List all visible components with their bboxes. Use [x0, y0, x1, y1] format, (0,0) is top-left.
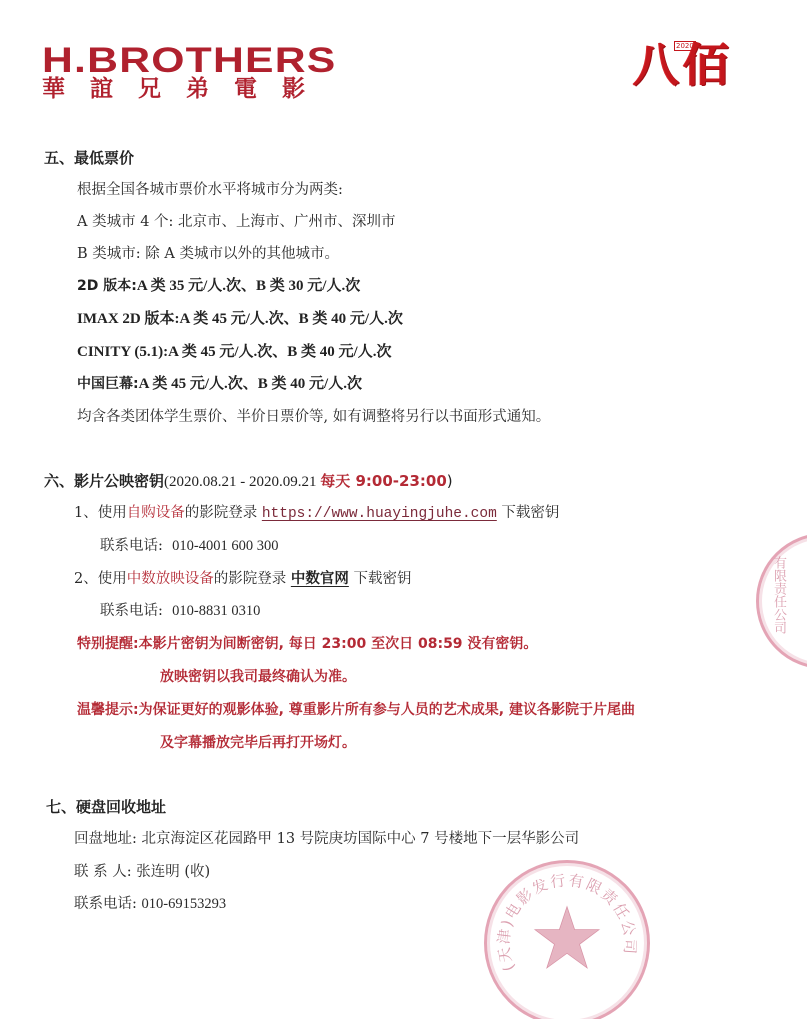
item1-suffix: 下载密钥	[497, 505, 560, 521]
partial-seal: 有限责任公司	[756, 533, 807, 669]
price-detail: A 类 45 元/人.次、B 类 40 元/人.次	[168, 344, 391, 360]
price-label: 中国巨幕:	[77, 376, 139, 392]
svg-text:(天津)电影发行有限责任公司: (天津)电影发行有限责任公司	[495, 871, 640, 974]
key-period: (2020.08.21 - 2020.09.21	[164, 474, 320, 490]
phone-number: 010-8831 0310	[172, 603, 260, 619]
phone-label: 联系电话:	[100, 538, 163, 554]
film-logo: 八佰 2020	[633, 38, 753, 98]
daily-hours: 每天 9:00-23:00	[320, 472, 447, 490]
item1-middle: 的影院登录	[185, 505, 262, 521]
price-label: 2D 版本:	[77, 278, 137, 294]
item2-middle: 的影院登录	[214, 571, 291, 587]
warm-tip-label: 温馨提示:	[77, 702, 139, 718]
phone-number: 010-4001 600 300	[172, 538, 278, 554]
section6-title-line: 六、影片公映密钥(2020.08.21 - 2020.09.21 每天 9:00…	[44, 471, 453, 492]
contact-label: 联 系 人:	[74, 864, 132, 880]
return-address-line: 回盘地址: 北京海淀区花园路甲 13 号院庚坊国际中心 7 号楼地下一层华影公司	[74, 829, 579, 849]
class-b-cities: B 类城市: 除 A 类城市以外的其他城市。	[77, 244, 339, 264]
zhongshu-official-link[interactable]: 中数官网	[291, 571, 349, 587]
section5-note: 均含各类团体学生票价、半价日票价等, 如有调整将另行以书面形式通知。	[77, 407, 550, 427]
phone-label: 联系电话:	[74, 896, 137, 912]
seal-text: (天津)电影发行有限责任公司	[495, 871, 640, 974]
item2-highlight: 中数放映设备	[127, 571, 214, 587]
contact-value: 张连明 (收)	[136, 864, 210, 880]
price-row-cinity: CINITY (5.1):A 类 45 元/人.次、B 类 40 元/人.次	[77, 342, 391, 362]
price-row-2d: 2D 版本:A 类 35 元/人.次、B 类 30 元/人.次	[77, 276, 360, 296]
warm-tip-line1: 温馨提示:为保证更好的观影体验, 尊重影片所有参与人员的艺术成果, 建议各影院于…	[77, 700, 635, 720]
section6-title: 六、影片公映密钥	[44, 472, 164, 490]
class-a-cities: A 类城市 4 个: 北京市、上海市、广州市、深圳市	[77, 212, 396, 232]
address-value: 北京海淀区花园路甲 13 号院庚坊国际中心 7 号楼地下一层华影公司	[142, 831, 580, 847]
price-row-imax-2d: IMAX 2D 版本:A 类 45 元/人.次、B 类 40 元/人.次	[77, 309, 403, 329]
phone-number: 010-69153293	[142, 896, 227, 912]
period-close: )	[447, 472, 453, 490]
section5-title: 五、最低票价	[44, 148, 134, 168]
section5-intro: 根据全国各城市票价水平将城市分为两类:	[77, 180, 343, 200]
price-label: IMAX 2D 版本:	[77, 311, 180, 327]
address-label: 回盘地址:	[74, 831, 137, 847]
huayingjuhe-link[interactable]: https://www.huayingjuhe.com	[262, 506, 497, 522]
film-logo-badge: 2020	[674, 41, 696, 51]
item2-suffix: 下载密钥	[349, 571, 412, 587]
company-seal: (天津)电影发行有限责任公司	[484, 860, 650, 1019]
seal-ring-text: (天津)电影发行有限责任公司	[487, 863, 647, 1019]
price-label: CINITY (5.1):	[77, 344, 168, 360]
price-detail: A 类 45 元/人.次、B 类 40 元/人.次	[139, 376, 362, 392]
item2-prefix: 2、使用	[74, 571, 127, 587]
key-item-2: 2、使用中数放映设备的影院登录 中数官网 下载密钥	[74, 569, 411, 589]
contact-phone-line: 联系电话: 010-69153293	[74, 894, 226, 914]
hbrothers-logo-en: H.BROTHERS	[42, 43, 337, 78]
special-notice-line2: 放映密钥以我司最终确认为准。	[160, 667, 356, 687]
phone-label: 联系电话:	[100, 603, 163, 619]
special-notice-label: 特别提醒:	[77, 636, 139, 652]
warm-tip-line2: 及字幕播放完毕后再打开场灯。	[160, 733, 356, 753]
price-detail: A 类 35 元/人.次、B 类 30 元/人.次	[137, 278, 360, 294]
item1-phone-line: 联系电话: 010-4001 600 300	[100, 536, 278, 556]
warm-tip-text: 为保证更好的观影体验, 尊重影片所有参与人员的艺术成果, 建议各影院于片尾曲	[139, 702, 635, 718]
item2-phone-line: 联系电话: 010-8831 0310	[100, 601, 260, 621]
hbrothers-logo-cn: 華誼兄弟電影	[42, 78, 330, 101]
partial-seal-text: 有限责任公司	[769, 556, 788, 634]
price-row-china-giant-screen: 中国巨幕:A 类 45 元/人.次、B 类 40 元/人.次	[77, 374, 362, 394]
key-item-1: 1、使用自购设备的影院登录 https://www.huayingjuhe.co…	[74, 503, 559, 524]
item1-prefix: 1、使用	[74, 505, 127, 521]
special-notice-text: 本影片密钥为间断密钥, 每日 23:00 至次日 08:59 没有密钥。	[139, 636, 538, 652]
price-detail: A 类 45 元/人.次、B 类 40 元/人.次	[180, 311, 403, 327]
contact-person-line: 联 系 人: 张连明 (收)	[74, 862, 210, 882]
special-notice-line1: 特别提醒:本影片密钥为间断密钥, 每日 23:00 至次日 08:59 没有密钥…	[77, 634, 537, 654]
item1-highlight: 自购设备	[127, 505, 185, 521]
section7-title: 七、硬盘回收地址	[46, 797, 166, 817]
